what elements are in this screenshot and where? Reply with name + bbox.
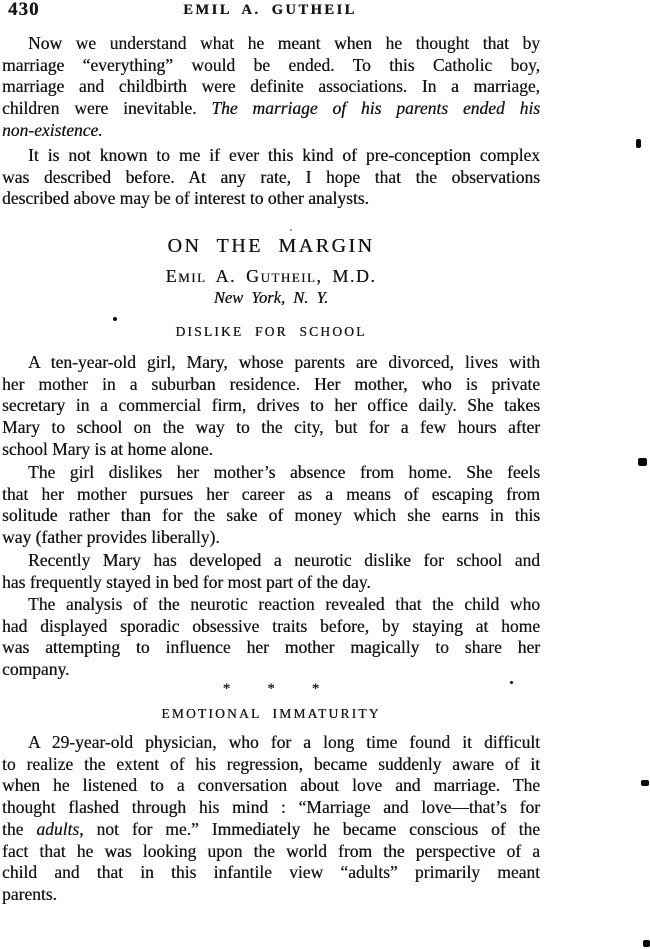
text-line: solitude rather than for the sake of mon… xyxy=(2,505,540,527)
text-line: parents. xyxy=(2,884,540,906)
text-line: The girl dislikes her mother’s absence f… xyxy=(2,462,540,484)
ink-mark-artifact xyxy=(638,458,647,466)
text-line: to realize the extent of his regression,… xyxy=(2,754,540,776)
text-line: when he listened to a conversation about… xyxy=(2,775,540,797)
text-line: the adults, not for me.” Immediately he … xyxy=(2,819,540,841)
text-line: her mother in a suburban residence. Her … xyxy=(2,374,540,396)
text-line: was described before. At any rate, I hop… xyxy=(2,167,540,189)
paragraph: Recently Mary has developed a neurotic d… xyxy=(2,550,540,593)
text-line: company. xyxy=(2,659,540,681)
running-title: EMIL A. GUTHEIL xyxy=(0,0,540,20)
paragraph: A ten-year-old girl, Mary, whose parents… xyxy=(2,352,540,461)
location: New York, N. Y. xyxy=(2,287,540,308)
text-line: has frequently stayed in bed for most pa… xyxy=(2,572,540,594)
text-line: Mary to school on the way to the city, b… xyxy=(2,417,540,439)
text-line: way (father provides liberally). xyxy=(2,527,540,549)
text-line: The analysis of the neurotic reaction re… xyxy=(2,594,540,616)
paragraph: It is not known to me if ever this kind … xyxy=(2,145,540,210)
asterisk: * xyxy=(223,679,231,699)
asterisk: * xyxy=(312,679,320,699)
paragraph: Now we understand what he meant when he … xyxy=(2,33,540,142)
text-line: Recently Mary has developed a neurotic d… xyxy=(2,550,540,572)
ink-dot-artifact xyxy=(113,317,117,321)
text-line: secretary in a commercial firm, drives t… xyxy=(2,395,540,417)
section-heading: EMOTIONAL IMMATURITY xyxy=(2,705,540,723)
scanned-journal-page: 430 EMIL A. GUTHEIL Now we understand wh… xyxy=(0,0,650,949)
text-line: fact that he was looking upon the world … xyxy=(2,841,540,863)
text-line: thought flashed through his mind : “Marr… xyxy=(2,797,540,819)
paragraph: The analysis of the neurotic reaction re… xyxy=(2,594,540,681)
text-line: children were inevitable. The marriage o… xyxy=(2,98,540,120)
ink-dot-artifact xyxy=(510,681,513,684)
ink-mark-artifact xyxy=(643,940,650,947)
text-line: described above may be of interest to ot… xyxy=(2,188,540,210)
paragraph: The girl dislikes her mother’s absence f… xyxy=(2,462,540,549)
text-line: non-existence. xyxy=(2,120,540,142)
section-heading: DISLIKE FOR SCHOOL xyxy=(2,323,540,341)
text-line: school Mary is at home alone. xyxy=(2,439,540,461)
asterisk: * xyxy=(267,679,275,699)
article-title: ON THE MARGIN xyxy=(2,234,540,258)
text-line: marriage and childbirth were definite as… xyxy=(2,76,540,98)
byline: Emil A. Gutheil, M.D. xyxy=(2,265,540,287)
ink-mark-artifact xyxy=(641,780,649,786)
paragraph: A 29-year-old physician, who for a long … xyxy=(2,732,540,906)
text-line: had displayed sporadic obsessive traits … xyxy=(2,616,540,638)
ink-mark-artifact xyxy=(636,139,641,148)
text-line: Now we understand what he meant when he … xyxy=(2,33,540,55)
text-line: It is not known to me if ever this kind … xyxy=(2,145,540,167)
text-line: A ten-year-old girl, Mary, whose parents… xyxy=(2,352,540,374)
text-line: that her mother pursues her career as a … xyxy=(2,484,540,506)
text-line: A 29-year-old physician, who for a long … xyxy=(2,732,540,754)
text-line: child and that in this infantile view “a… xyxy=(2,862,540,884)
asterisk-separator: *** xyxy=(2,679,540,699)
ink-dot-artifact xyxy=(290,229,292,231)
text-line: marriage “everything” would be ended. To… xyxy=(2,55,540,77)
text-line: was attempting to influence her mother m… xyxy=(2,637,540,659)
